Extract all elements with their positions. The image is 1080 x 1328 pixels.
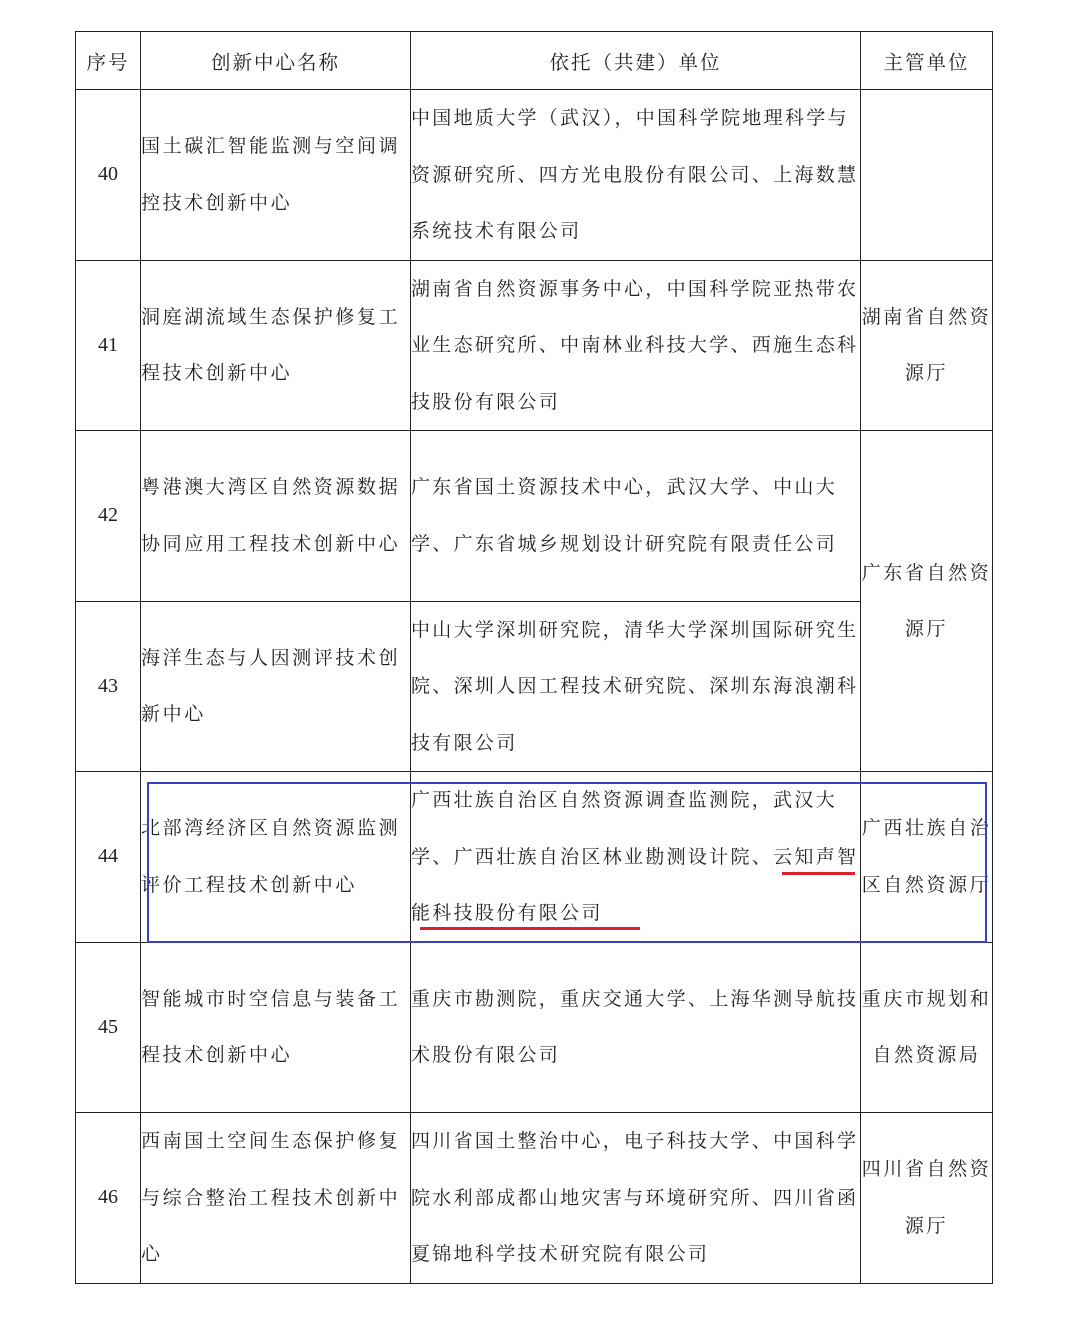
row-unit: 湖南省自然资源事务中心，中国科学院亚热带农业生态研究所、中南林业科技大学、西施生… — [411, 260, 861, 431]
row-unit: 广西壮族自治区自然资源调查监测院，武汉大学、广西壮族自治区林业勘测设计院、云知声… — [411, 772, 861, 943]
row-admin-merged: 广东省自然资源厅 — [861, 431, 993, 772]
row-no: 41 — [76, 260, 141, 431]
table-row: 40 国土碳汇智能监测与空间调控技术创新中心 中国地质大学（武汉），中国科学院地… — [76, 90, 993, 261]
row-admin: 四川省自然资源厅 — [861, 1113, 993, 1284]
table-row: 42 粤港澳大湾区自然资源数据协同应用工程技术创新中心 广东省国土资源技术中心，… — [76, 431, 993, 602]
header-admin: 主管单位 — [861, 32, 993, 90]
header-no: 序号 — [76, 32, 141, 90]
row-admin: 重庆市规划和自然资源局 — [861, 942, 993, 1113]
row-unit: 中国地质大学（武汉），中国科学院地理科学与资源研究所、四方光电股份有限公司、上海… — [411, 90, 861, 261]
row-name: 国土碳汇智能监测与空间调控技术创新中心 — [141, 90, 411, 261]
header-name: 创新中心名称 — [141, 32, 411, 90]
row-name: 西南国土空间生态保护修复与综合整治工程技术创新中心 — [141, 1113, 411, 1284]
row-name: 智能城市时空信息与装备工程技术创新中心 — [141, 942, 411, 1113]
row-no: 45 — [76, 942, 141, 1113]
row-unit: 四川省国土整治中心，电子科技大学、中国科学院水利部成都山地灾害与环境研究所、四川… — [411, 1113, 861, 1284]
row-name: 洞庭湖流域生态保护修复工程技术创新中心 — [141, 260, 411, 431]
row-name: 海洋生态与人因测评技术创新中心 — [141, 601, 411, 772]
table-row: 45 智能城市时空信息与装备工程技术创新中心 重庆市勘测院，重庆交通大学、上海华… — [76, 942, 993, 1113]
table-row: 46 西南国土空间生态保护修复与综合整治工程技术创新中心 四川省国土整治中心，电… — [76, 1113, 993, 1284]
row-unit: 中山大学深圳研究院，清华大学深圳国际研究生院、深圳人因工程技术研究院、深圳东海浪… — [411, 601, 861, 772]
table-header-row: 序号 创新中心名称 依托（共建）单位 主管单位 — [76, 32, 993, 90]
row-name: 北部湾经济区自然资源监测评价工程技术创新中心 — [141, 772, 411, 943]
row-name: 粤港澳大湾区自然资源数据协同应用工程技术创新中心 — [141, 431, 411, 602]
row-no: 44 — [76, 772, 141, 943]
row-no: 40 — [76, 90, 141, 261]
header-unit: 依托（共建）单位 — [411, 32, 861, 90]
row-no: 42 — [76, 431, 141, 602]
row-no: 43 — [76, 601, 141, 772]
row-admin: 广西壮族自治区自然资源厅 — [861, 772, 993, 943]
table-row: 43 海洋生态与人因测评技术创新中心 中山大学深圳研究院，清华大学深圳国际研究生… — [76, 601, 993, 772]
row-admin — [861, 90, 993, 261]
innovation-center-table: 序号 创新中心名称 依托（共建）单位 主管单位 40 国土碳汇智能监测与空间调控… — [75, 31, 993, 1284]
row-unit: 重庆市勘测院，重庆交通大学、上海华测导航技术股份有限公司 — [411, 942, 861, 1113]
row-admin: 湖南省自然资源厅 — [861, 260, 993, 431]
row-no: 46 — [76, 1113, 141, 1284]
row-unit: 广东省国土资源技术中心，武汉大学、中山大学、广东省城乡规划设计研究院有限责任公司 — [411, 431, 861, 602]
table-row-highlighted: 44 北部湾经济区自然资源监测评价工程技术创新中心 广西壮族自治区自然资源调查监… — [76, 772, 993, 943]
table-row: 41 洞庭湖流域生态保护修复工程技术创新中心 湖南省自然资源事务中心，中国科学院… — [76, 260, 993, 431]
